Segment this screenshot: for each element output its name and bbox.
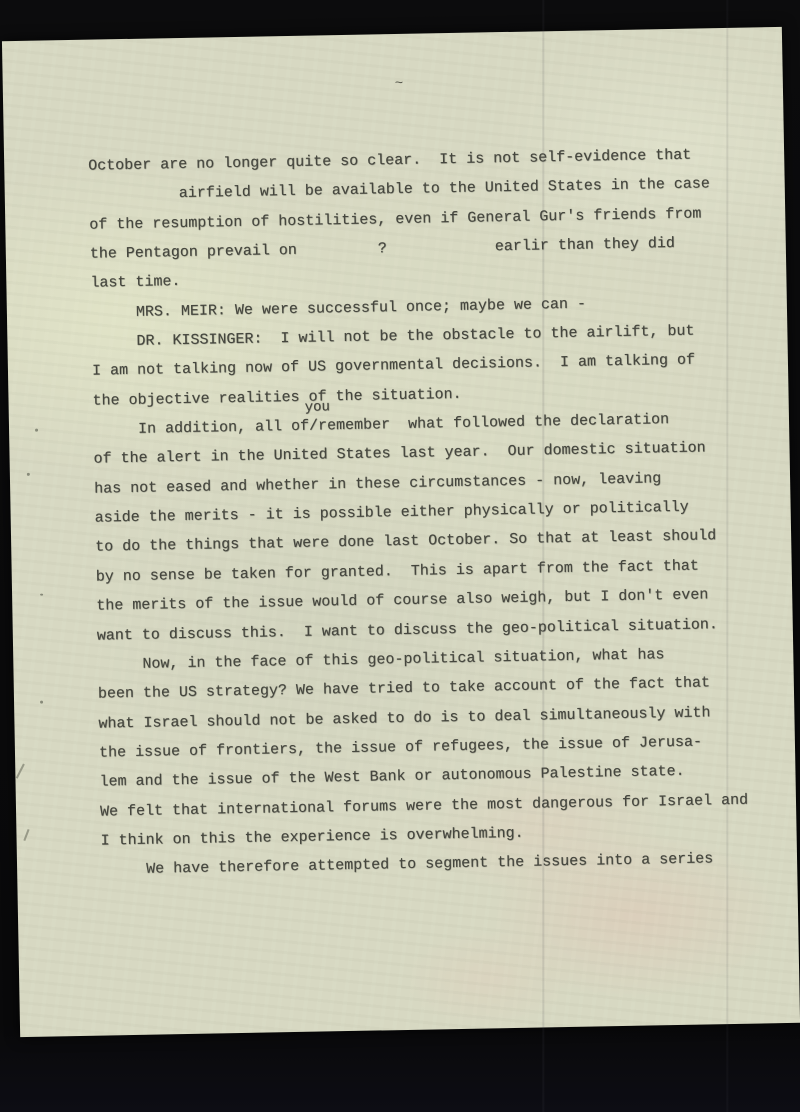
dust-speck: [40, 701, 43, 704]
dust-speck: [27, 473, 30, 476]
document-page: ~ October are no longer quite so clear. …: [2, 27, 800, 1037]
crease-mark: [16, 764, 25, 779]
interlinear-insertion: you: [305, 399, 331, 415]
crease-mark: [23, 829, 29, 841]
typed-lines: October are no longer quite so clear. It…: [88, 140, 749, 885]
dust-speck: [40, 594, 43, 596]
stray-typed-mark: ~: [395, 76, 404, 92]
scanner-background: ~ October are no longer quite so clear. …: [0, 0, 800, 1112]
dust-speck: [35, 429, 38, 432]
